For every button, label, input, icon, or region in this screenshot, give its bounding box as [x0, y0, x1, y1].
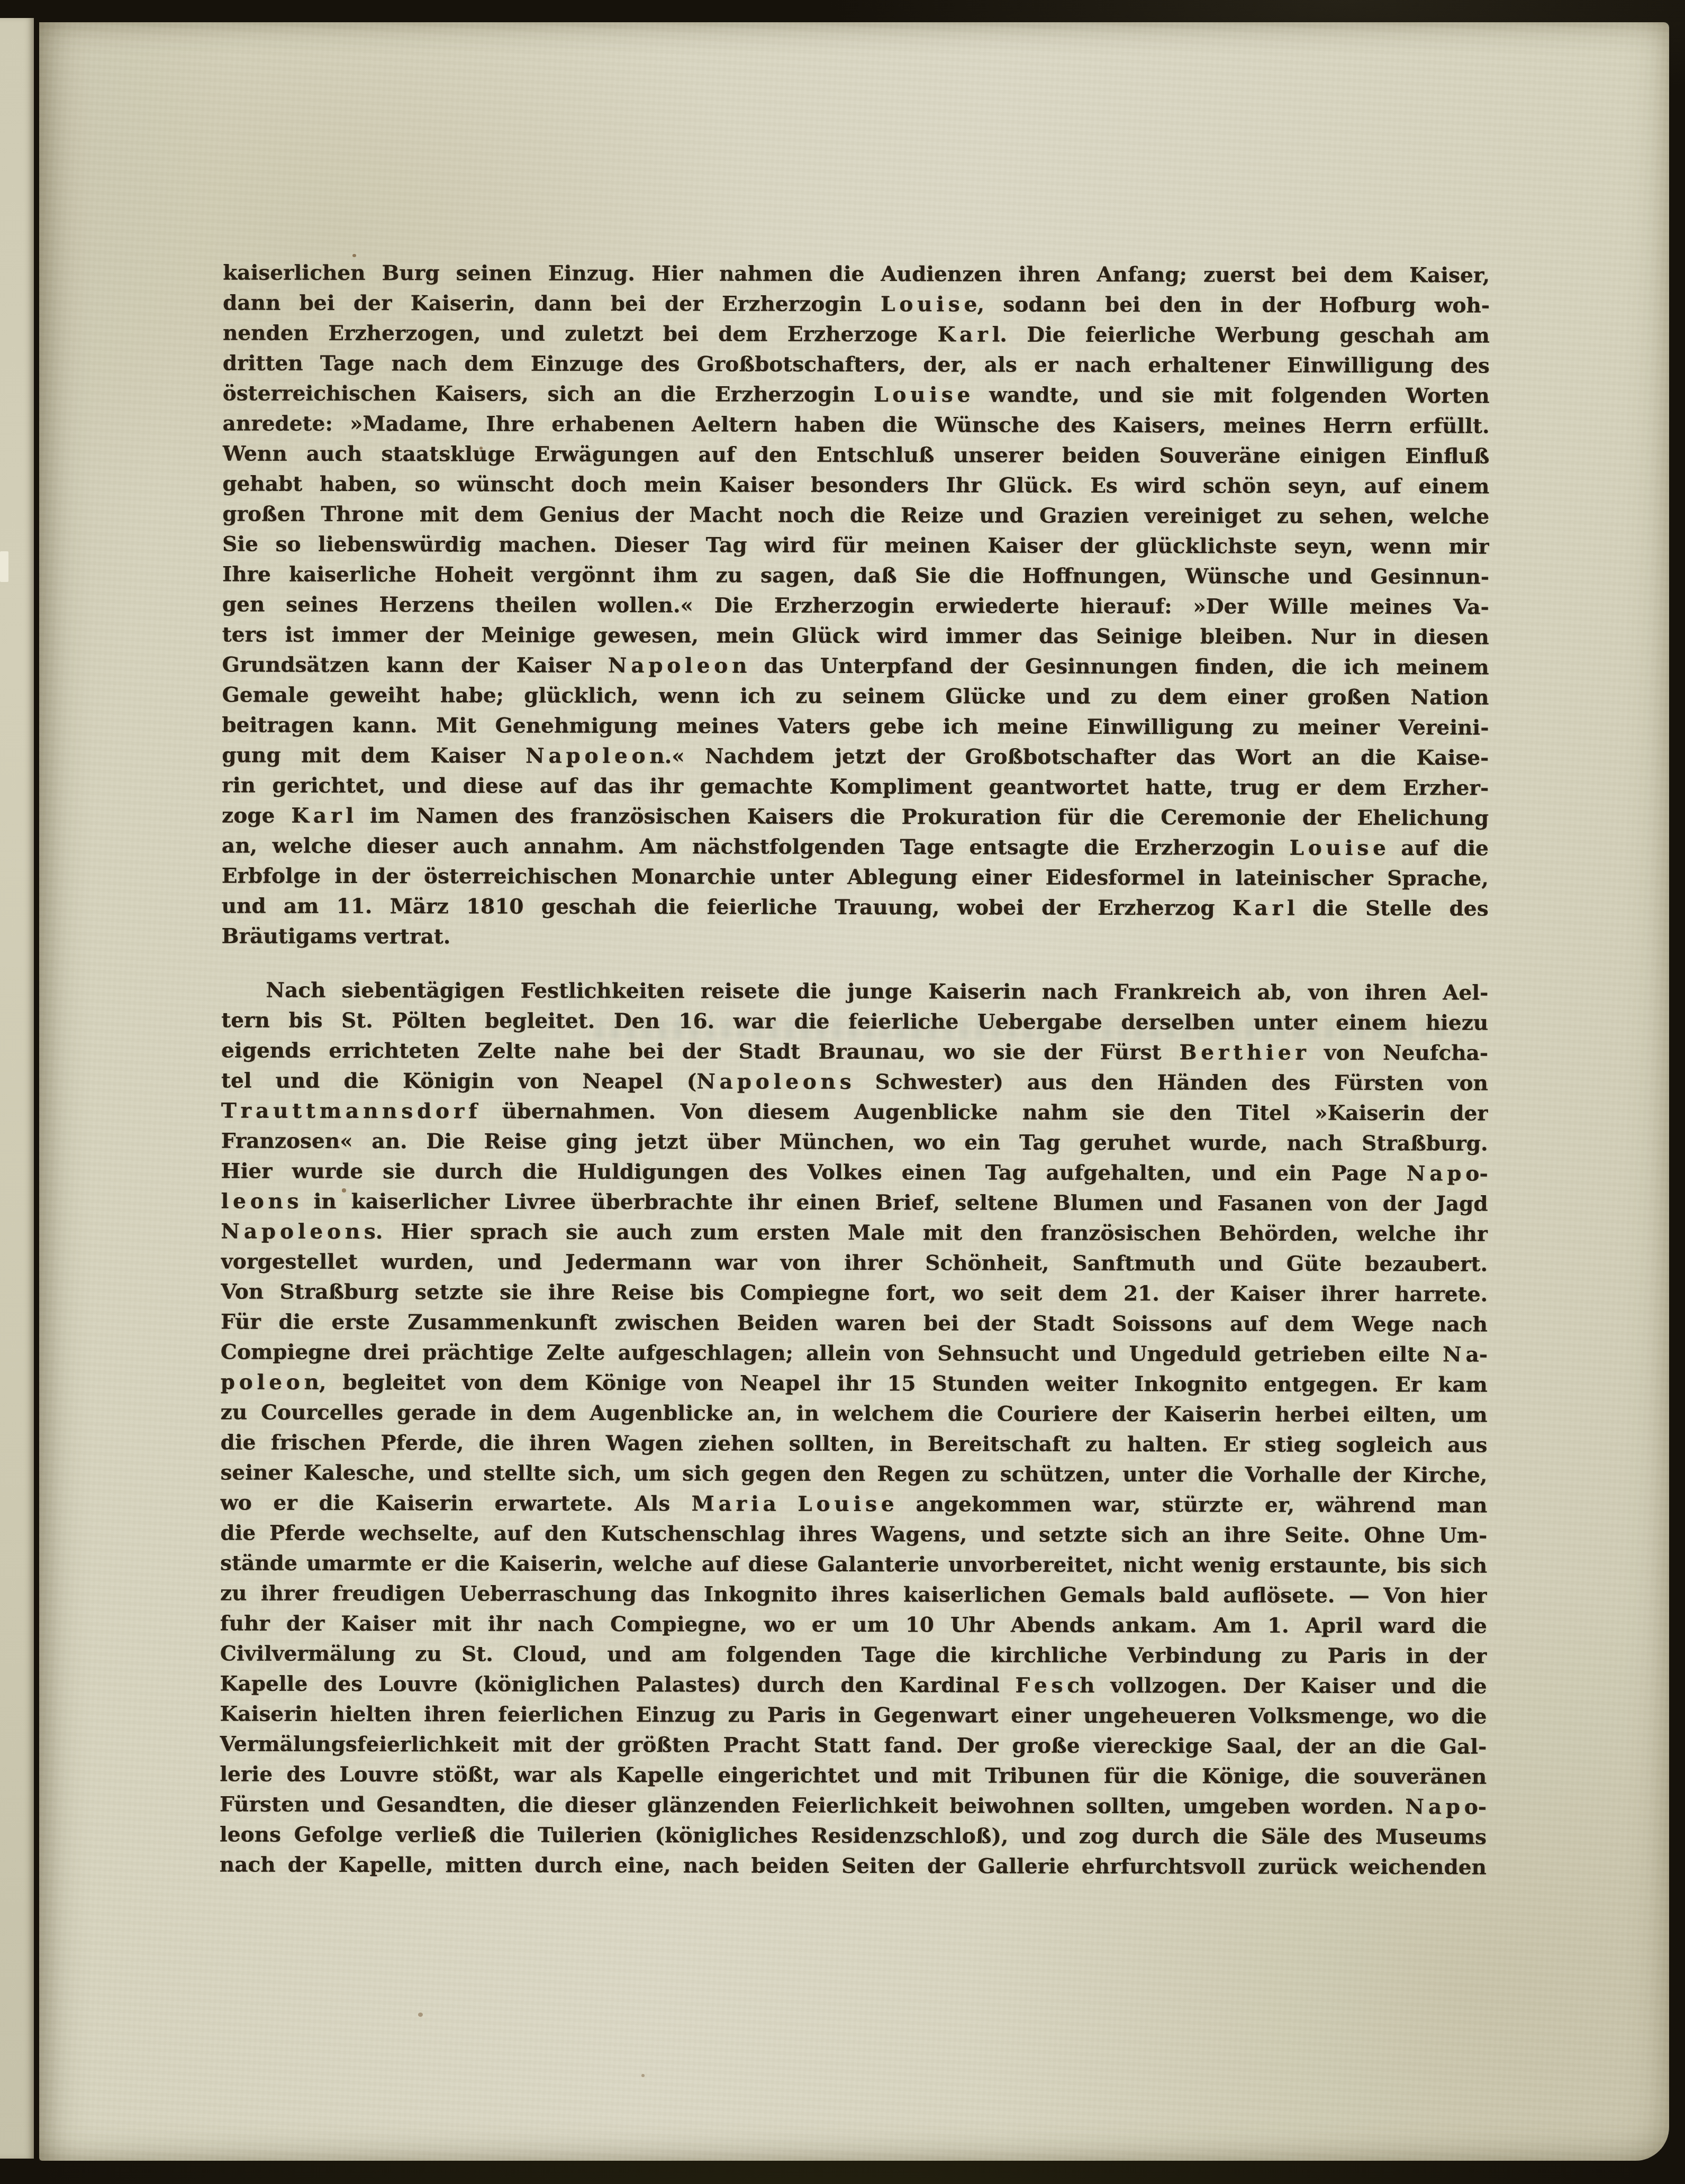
text-line: Civilvermälung zu St. Cloud, und am folg… — [220, 1639, 1487, 1671]
paper-speck — [641, 2074, 645, 2077]
book-page: kaiserlichen Burg seinen Einzug. Hier na… — [39, 22, 1669, 2161]
book-scan: { "page": { "background_color": "#16120b… — [0, 0, 1685, 2184]
text-line: rin gerichtet, und diese auf das ihr gem… — [222, 770, 1489, 803]
text-line: Compiegne drei prächtige Zelte aufgeschl… — [221, 1337, 1488, 1370]
text-line: Sie so liebenswürdig machen. Dieser Tag … — [222, 529, 1489, 562]
text-line: die Pferde wechselte, auf den Kutschensc… — [220, 1518, 1487, 1551]
paragraph: Nach siebentägigen Festlichkeiten reiset… — [220, 975, 1489, 1882]
paragraph: kaiserlichen Burg seinen Einzug. Hier na… — [221, 258, 1490, 954]
text-line: anredete: »Madame, Ihre erhabenen Aelter… — [222, 408, 1489, 441]
text-line: N a p o l e o n s. Hier sprach sie auch … — [221, 1216, 1488, 1249]
text-line: Gemale geweiht habe; glücklich, wenn ich… — [222, 680, 1489, 713]
paper-speck — [418, 2013, 423, 2017]
text-line: p o l e o n, begleitet von dem Könige vo… — [221, 1367, 1488, 1400]
text-line: zoge K a r l im Namen des französischen … — [222, 800, 1489, 833]
text-line: ters ist immer der Meinige gewesen, mein… — [222, 620, 1489, 652]
text-line: kaiserlichen Burg seinen Einzug. Hier na… — [223, 258, 1490, 290]
text-line: Wenn auch staatskluge Erwägungen auf den… — [222, 439, 1489, 471]
text-line: Kaiserin hielten ihren feierlichen Einzu… — [220, 1699, 1487, 1732]
text-line: die frischen Pferde, die ihren Wagen zie… — [220, 1427, 1487, 1460]
text-line: tern bis St. Pölten begleitet. Den 16. w… — [221, 1005, 1488, 1038]
text-line: Erbfolge in der österreichischen Monarch… — [222, 861, 1489, 894]
text-line: gehabt haben, so wünscht doch mein Kaise… — [222, 469, 1489, 502]
text-line: nach der Kapelle, mitten durch eine, nac… — [220, 1850, 1487, 1882]
text-line: und am 11. März 1810 geschah die feierli… — [222, 891, 1489, 924]
adjacent-page-edge — [0, 18, 34, 2159]
text-line: Für die erste Zusammenkunft zwischen Bei… — [221, 1307, 1488, 1340]
text-line: tel und die Königin von Neapel (N a p o … — [221, 1066, 1488, 1098]
text-line: Hier wurde sie durch die Huldigungen des… — [221, 1156, 1488, 1189]
text-line: vorgestellet wurden, und Jedermann war v… — [221, 1246, 1488, 1279]
text-line: gen seines Herzens theilen wollen.« Die … — [222, 589, 1489, 622]
text-line: Ihre kaiserliche Hoheit vergönnt ihm zu … — [222, 559, 1489, 592]
text-line: Nach siebentägigen Festlichkeiten reiset… — [221, 975, 1488, 1008]
text-line: dritten Tage nach dem Einzuge des Großbo… — [223, 348, 1490, 381]
text-line: Fürsten und Gesandten, die dieser glänze… — [220, 1789, 1487, 1822]
text-line: zu Courcelles gerade in dem Augenblicke … — [221, 1397, 1488, 1430]
text-line: Franzosen« an. Die Reise ging jetzt über… — [221, 1126, 1488, 1159]
paper-speck — [352, 254, 356, 257]
text-line: seiner Kalesche, und stellte sich, um si… — [220, 1458, 1487, 1490]
text-line: beitragen kann. Mit Genehmigung meines V… — [222, 710, 1489, 743]
text-line: gung mit dem Kaiser N a p o l e o n.« Na… — [222, 740, 1489, 773]
text-block: kaiserlichen Burg seinen Einzug. Hier na… — [220, 258, 1490, 1882]
text-line: an, welche dieser auch annahm. Am nächst… — [222, 831, 1489, 863]
text-line: Kapelle des Louvre (königlichen Palastes… — [220, 1669, 1487, 1701]
text-line: stände umarmte er die Kaiserin, welche a… — [220, 1548, 1487, 1581]
text-line: fuhr der Kaiser mit ihr nach Compiegne, … — [220, 1608, 1487, 1641]
text-line: zu ihrer freudigen Ueberraschung das Ink… — [220, 1578, 1487, 1611]
text-line: nenden Erzherzogen, und zuletzt bei dem … — [223, 318, 1490, 351]
text-line: dann bei der Kaiserin, dann bei der Erzh… — [223, 288, 1490, 321]
text-line: wo er die Kaiserin erwartete. Als M a r … — [220, 1488, 1487, 1521]
text-line: Vermälungsfeierlichkeit mit der größten … — [220, 1729, 1487, 1762]
text-line: Von Straßburg setzte sie ihre Reise bis … — [221, 1277, 1488, 1309]
text-line: lerie des Louvre stößt, war als Kapelle … — [220, 1759, 1487, 1792]
text-line: leons Gefolge verließ die Tuilerien (kön… — [220, 1819, 1487, 1852]
text-line: l e o n s in kaiserlicher Livree überbra… — [221, 1186, 1488, 1219]
text-line: österreichischen Kaisers, sich an die Er… — [223, 378, 1490, 411]
text-line: eigends errichteten Zelte nahe bei der S… — [221, 1035, 1488, 1068]
text-line: großen Throne mit dem Genius der Macht n… — [222, 499, 1489, 532]
page-edge-mark — [0, 551, 8, 582]
text-line: T r a u t t m a n n s d o r f übernahmen… — [221, 1096, 1488, 1129]
text-line: Bräutigams vertrat. — [221, 921, 1488, 954]
text-line: Grundsätzen kann der Kaiser N a p o l e … — [222, 650, 1489, 683]
